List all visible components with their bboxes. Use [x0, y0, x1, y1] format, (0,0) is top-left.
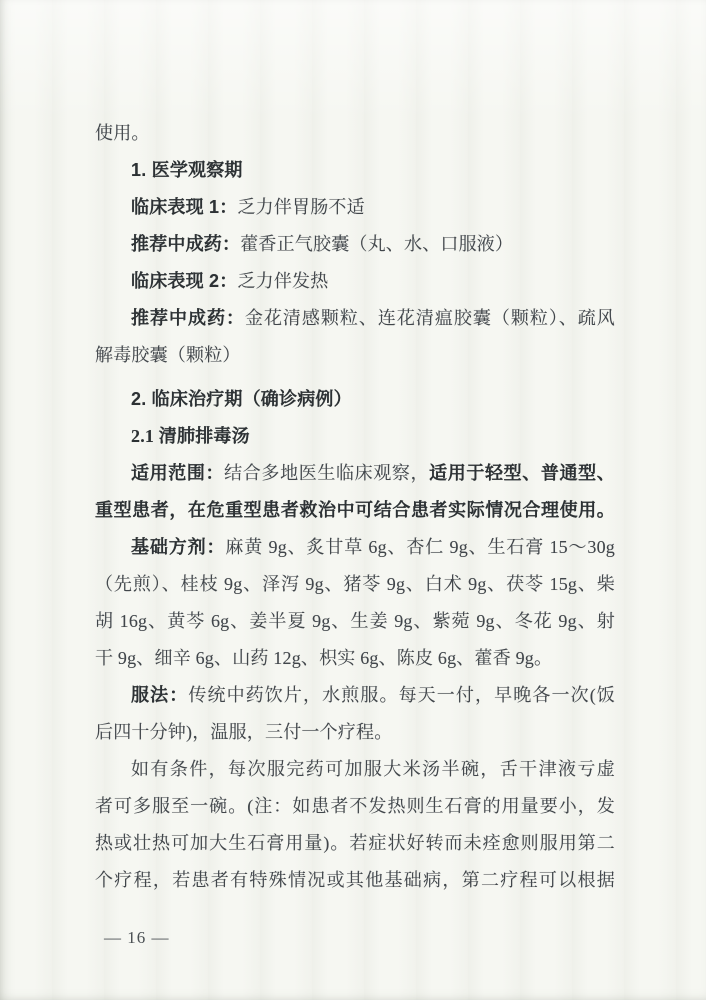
text-segment: 结合多地医生临床观察， [224, 463, 429, 483]
text-segment: 金花清感颗粒、连花清瘟胶囊（颗粒）、疏风 [245, 308, 615, 328]
heading-segment: 适用范围： [131, 463, 224, 483]
text-line: 者可多服至一碗。(注：如患者不发热则生石膏的用量要小，发 [95, 788, 615, 825]
heading-segment: 推荐中成药： [131, 234, 240, 254]
text-line: 临床表现 1：乏力伴胃肠不适 [95, 189, 615, 226]
heading-segment: 重型患者，在危重型患者救治中可结合患者实际情况合理使用。 [95, 500, 615, 520]
text-line: 使用。 [95, 115, 615, 152]
text-segment: 麻黄 9g、炙甘草 6g、杏仁 9g、生石膏 15～30g [225, 537, 615, 557]
text-line: 基础方剂：麻黄 9g、炙甘草 6g、杏仁 9g、生石膏 15～30g [95, 529, 615, 566]
document-content: 使用。1. 医学观察期临床表现 1：乏力伴胃肠不适推荐中成药：藿香正气胶囊（丸、… [95, 115, 615, 899]
text-segment: （先煎）、桂枝 9g、泽泻 9g、猪苓 9g、白术 9g、茯苓 15g、柴 [95, 574, 615, 594]
text-line: 2.1 清肺排毒汤 [95, 418, 615, 455]
text-segment: 如有条件，每次服完药可加服大米汤半碗，舌干津液亏虚 [131, 759, 615, 779]
text-line: 解毒胶囊（颗粒） [95, 337, 615, 374]
text-line: 推荐中成药：藿香正气胶囊（丸、水、口服液） [95, 226, 615, 263]
scanned-document-page: 使用。1. 医学观察期临床表现 1：乏力伴胃肠不适推荐中成药：藿香正气胶囊（丸、… [0, 0, 706, 1000]
heading-segment: 适用于轻型、普通型、 [429, 463, 615, 483]
heading-segment: 临床表现 2： [131, 271, 237, 291]
text-line: 1. 医学观察期 [95, 152, 615, 189]
heading-segment: 2. 临床治疗期（确诊病例） [131, 389, 352, 409]
heading-segment: 临床表现 1： [131, 197, 237, 217]
heading-segment: 基础方剂： [131, 537, 225, 557]
text-line: 胡 16g、黄芩 6g、姜半夏 9g、生姜 9g、紫菀 9g、冬花 9g、射 [95, 603, 615, 640]
text-segment: 2.1 清肺排毒汤 [131, 426, 250, 446]
text-segment: 解毒胶囊（颗粒） [95, 345, 241, 365]
text-line: 服法：传统中药饮片，水煎服。每天一付，早晚各一次(饭 [95, 677, 615, 714]
text-segment: 乏力伴发热 [237, 271, 328, 291]
text-segment: 干 9g、细辛 6g、山药 12g、枳实 6g、陈皮 6g、藿香 9g。 [95, 648, 552, 668]
text-line: 重型患者，在危重型患者救治中可结合患者实际情况合理使用。 [95, 492, 615, 529]
text-line: 推荐中成药：金花清感颗粒、连花清瘟胶囊（颗粒）、疏风 [95, 300, 615, 337]
text-segment: 传统中药饮片，水煎服。每天一付，早晚各一次(饭 [188, 685, 615, 705]
text-segment: 热或壮热可加大生石膏用量)。若症状好转而未痊愈则服用第二 [95, 833, 615, 853]
text-line: 临床表现 2：乏力伴发热 [95, 263, 615, 300]
text-line: 适用范围：结合多地医生临床观察，适用于轻型、普通型、 [95, 455, 615, 492]
text-line: 2. 临床治疗期（确诊病例） [95, 381, 615, 418]
text-line: 个疗程，若患者有特殊情况或其他基础病，第二疗程可以根据 [95, 862, 615, 899]
text-segment: 藿香正气胶囊（丸、水、口服液） [240, 234, 513, 254]
heading-segment: 服法： [131, 685, 188, 705]
text-segment: 乏力伴胃肠不适 [237, 197, 364, 217]
text-line: 热或壮热可加大生石膏用量)。若症状好转而未痊愈则服用第二 [95, 825, 615, 862]
text-line: 干 9g、细辛 6g、山药 12g、枳实 6g、陈皮 6g、藿香 9g。 [95, 640, 615, 677]
page-number: — 16 — [104, 928, 170, 948]
heading-segment: 推荐中成药： [131, 308, 245, 328]
text-line: （先煎）、桂枝 9g、泽泻 9g、猪苓 9g、白术 9g、茯苓 15g、柴 [95, 566, 615, 603]
text-line: 如有条件，每次服完药可加服大米汤半碗，舌干津液亏虚 [95, 751, 615, 788]
text-segment: 者可多服至一碗。(注：如患者不发热则生石膏的用量要小，发 [95, 796, 615, 816]
heading-segment: 1. 医学观察期 [131, 160, 243, 180]
text-segment: 后四十分钟)，温服，三付一个疗程。 [95, 722, 392, 742]
text-line: 后四十分钟)，温服，三付一个疗程。 [95, 714, 615, 751]
text-segment: 个疗程，若患者有特殊情况或其他基础病，第二疗程可以根据 [95, 870, 615, 890]
text-segment: 使用。 [95, 123, 150, 143]
text-segment: 胡 16g、黄芩 6g、姜半夏 9g、生姜 9g、紫菀 9g、冬花 9g、射 [95, 611, 615, 631]
